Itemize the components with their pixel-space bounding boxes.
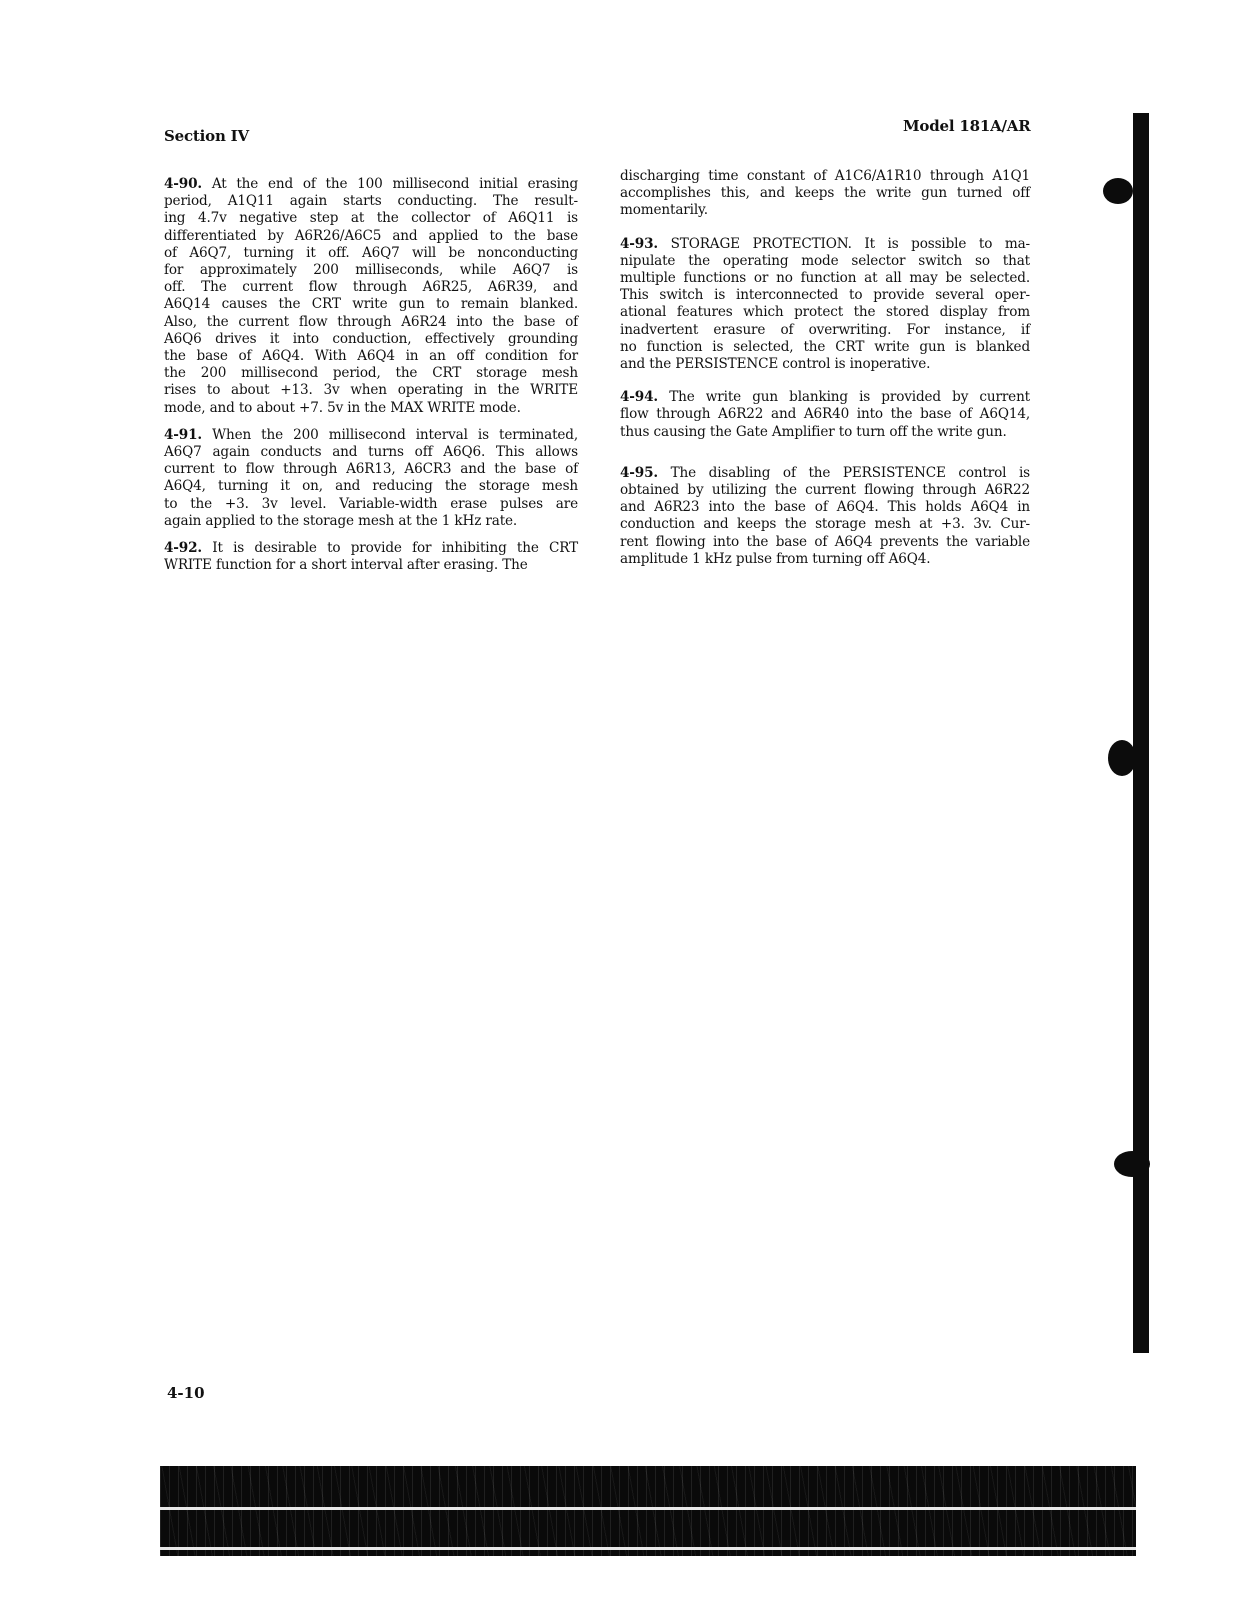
band-stripe xyxy=(160,1547,1136,1550)
line-text: A6Q7 again conducts and turns off A6Q6. … xyxy=(164,444,578,460)
line-text: nipulate the operating mode selector swi… xyxy=(620,253,1030,269)
line-text: STORAGE PROTECTION. It is possible to ma… xyxy=(671,236,1030,252)
text-line: again applied to the storage mesh at the… xyxy=(164,513,578,530)
section-label: Section IV xyxy=(164,127,249,145)
text-line: A6Q14 causes the CRT write gun to remain… xyxy=(164,296,578,313)
line-text: to the +3. 3v level. Variable-width eras… xyxy=(164,496,578,512)
text-line: obtained by utilizing the current flowin… xyxy=(620,482,1030,499)
line-text: thus causing the Gate Amplifier to turn … xyxy=(620,424,1007,440)
text-line: 4-94. The write gun blanking is provided… xyxy=(620,389,1030,406)
paragraph: 4-93. STORAGE PROTECTION. It is possible… xyxy=(620,236,1030,374)
line-text: multiple functions or no function at all… xyxy=(620,270,1030,286)
text-line: of A6Q7, turning it off. A6Q7 will be no… xyxy=(164,245,578,262)
line-text: momentarily. xyxy=(620,202,708,218)
line-text: accomplishes this, and keeps the write g… xyxy=(620,185,1030,201)
text-line: off. The current flow through A6R25, A6R… xyxy=(164,279,578,296)
text-line: ational features which protect the store… xyxy=(620,304,1030,321)
text-line: momentarily. xyxy=(620,202,1030,219)
paragraph-number: 4-94. xyxy=(620,389,658,405)
text-line: inadvertent erasure of overwriting. For … xyxy=(620,322,1030,339)
line-text: A6Q6 drives it into conduction, effectiv… xyxy=(164,331,578,347)
line-text: conduction and keeps the storage mesh at… xyxy=(620,516,1030,532)
band-texture xyxy=(160,1466,1136,1556)
binder-hole xyxy=(1114,1151,1150,1177)
paragraph: 4-95. The disabling of the PERSISTENCE c… xyxy=(620,465,1030,568)
text-line: This switch is interconnected to provide… xyxy=(620,287,1030,304)
line-text: off. The current flow through A6R25, A6R… xyxy=(164,279,578,295)
paragraph: discharging time constant of A1C6/A1R10 … xyxy=(620,168,1030,220)
paragraph: 4-92. It is desirable to provide for inh… xyxy=(164,540,578,574)
text-line: flow through A6R22 and A6R40 into the ba… xyxy=(620,406,1030,423)
text-line: 4-93. STORAGE PROTECTION. It is possible… xyxy=(620,236,1030,253)
text-line: conduction and keeps the storage mesh at… xyxy=(620,516,1030,533)
text-line: discharging time constant of A1C6/A1R10 … xyxy=(620,168,1030,185)
text-line: thus causing the Gate Amplifier to turn … xyxy=(620,424,1030,441)
line-text: ing 4.7v negative step at the collector … xyxy=(164,210,578,226)
binder-hole xyxy=(1108,740,1136,776)
text-line: current to flow through A6R13, A6CR3 and… xyxy=(164,461,578,478)
line-text: and the PERSISTENCE control is inoperati… xyxy=(620,356,930,372)
line-text: A6Q14 causes the CRT write gun to remain… xyxy=(164,296,578,312)
line-text: period, A1Q11 again starts conducting. T… xyxy=(164,193,578,209)
line-text: When the 200 millisecond interval is ter… xyxy=(212,427,578,443)
line-text: for approximately 200 milliseconds, whil… xyxy=(164,262,578,278)
model-label: Model 181A/AR xyxy=(903,117,1031,135)
text-line: nipulate the operating mode selector swi… xyxy=(620,253,1030,270)
text-line: A6Q4, turning it on, and reducing the st… xyxy=(164,478,578,495)
line-text: inadvertent erasure of overwriting. For … xyxy=(620,322,1030,338)
paragraph-number: 4-92. xyxy=(164,540,202,556)
line-text: The disabling of the PERSISTENCE control… xyxy=(671,465,1030,481)
text-line: Also, the current flow through A6R24 int… xyxy=(164,314,578,331)
text-line: multiple functions or no function at all… xyxy=(620,270,1030,287)
line-text: differentiated by A6R26/A6C5 and applied… xyxy=(164,228,578,244)
text-line: mode, and to about +7. 5v in the MAX WRI… xyxy=(164,400,578,417)
line-text: rises to about +13. 3v when operating in… xyxy=(164,382,578,398)
text-line: A6Q6 drives it into conduction, effectiv… xyxy=(164,331,578,348)
page-number: 4-10 xyxy=(167,1384,205,1402)
paragraph: 4-90. At the end of the 100 millisecond … xyxy=(164,176,578,417)
text-line: the 200 millisecond period, the CRT stor… xyxy=(164,365,578,382)
line-text: A6Q4, turning it on, and reducing the st… xyxy=(164,478,578,494)
line-text: again applied to the storage mesh at the… xyxy=(164,513,517,529)
paragraph-number: 4-90. xyxy=(164,176,202,192)
text-line: A6Q7 again conducts and turns off A6Q6. … xyxy=(164,444,578,461)
text-line: amplitude 1 kHz pulse from turning off A… xyxy=(620,551,1030,568)
line-text: obtained by utilizing the current flowin… xyxy=(620,482,1030,498)
text-line: and A6R23 into the base of A6Q4. This ho… xyxy=(620,499,1030,516)
text-line: ing 4.7v negative step at the collector … xyxy=(164,210,578,227)
text-line: rent flowing into the base of A6Q4 preve… xyxy=(620,534,1030,551)
scan-artifact-band xyxy=(160,1466,1136,1556)
text-line: period, A1Q11 again starts conducting. T… xyxy=(164,193,578,210)
line-text: and A6R23 into the base of A6Q4. This ho… xyxy=(620,499,1030,515)
paragraph-number: 4-95. xyxy=(620,465,658,481)
line-text: the base of A6Q4. With A6Q4 in an off co… xyxy=(164,348,578,364)
paragraph-number: 4-93. xyxy=(620,236,658,252)
line-text: At the end of the 100 millisecond initia… xyxy=(212,176,578,192)
line-text: This switch is interconnected to provide… xyxy=(620,287,1030,303)
text-line: 4-90. At the end of the 100 millisecond … xyxy=(164,176,578,193)
text-line: and the PERSISTENCE control is inoperati… xyxy=(620,356,1030,373)
text-line: for approximately 200 milliseconds, whil… xyxy=(164,262,578,279)
line-text: amplitude 1 kHz pulse from turning off A… xyxy=(620,551,930,567)
band-stripe xyxy=(160,1507,1136,1510)
line-text: the 200 millisecond period, the CRT stor… xyxy=(164,365,578,381)
text-line: 4-92. It is desirable to provide for inh… xyxy=(164,540,578,557)
right-column: discharging time constant of A1C6/A1R10 … xyxy=(620,168,1030,578)
paragraph-number: 4-91. xyxy=(164,427,202,443)
paragraph: 4-91. When the 200 millisecond interval … xyxy=(164,427,578,530)
text-line: accomplishes this, and keeps the write g… xyxy=(620,185,1030,202)
line-text: mode, and to about +7. 5v in the MAX WRI… xyxy=(164,400,521,416)
text-line: 4-91. When the 200 millisecond interval … xyxy=(164,427,578,444)
line-text: Also, the current flow through A6R24 int… xyxy=(164,314,578,330)
line-text: no function is selected, the CRT write g… xyxy=(620,339,1030,355)
binder-hole xyxy=(1103,178,1133,204)
paragraph: 4-94. The write gun blanking is provided… xyxy=(620,389,1030,441)
line-text: of A6Q7, turning it off. A6Q7 will be no… xyxy=(164,245,578,261)
line-text: ational features which protect the store… xyxy=(620,304,1030,320)
line-text: It is desirable to provide for inhibitin… xyxy=(212,540,578,556)
text-line: WRITE function for a short interval afte… xyxy=(164,557,578,574)
line-text: discharging time constant of A1C6/A1R10 … xyxy=(620,168,1030,184)
text-line: the base of A6Q4. With A6Q4 in an off co… xyxy=(164,348,578,365)
text-line: to the +3. 3v level. Variable-width eras… xyxy=(164,496,578,513)
line-text: rent flowing into the base of A6Q4 preve… xyxy=(620,534,1030,550)
text-line: 4-95. The disabling of the PERSISTENCE c… xyxy=(620,465,1030,482)
text-line: rises to about +13. 3v when operating in… xyxy=(164,382,578,399)
line-text: current to flow through A6R13, A6CR3 and… xyxy=(164,461,578,477)
left-column: 4-90. At the end of the 100 millisecond … xyxy=(164,176,578,584)
text-line: no function is selected, the CRT write g… xyxy=(620,339,1030,356)
line-text: The write gun blanking is provided by cu… xyxy=(669,389,1030,405)
line-text: flow through A6R22 and A6R40 into the ba… xyxy=(620,406,1030,422)
line-text: WRITE function for a short interval afte… xyxy=(164,557,528,573)
text-line: differentiated by A6R26/A6C5 and applied… xyxy=(164,228,578,245)
